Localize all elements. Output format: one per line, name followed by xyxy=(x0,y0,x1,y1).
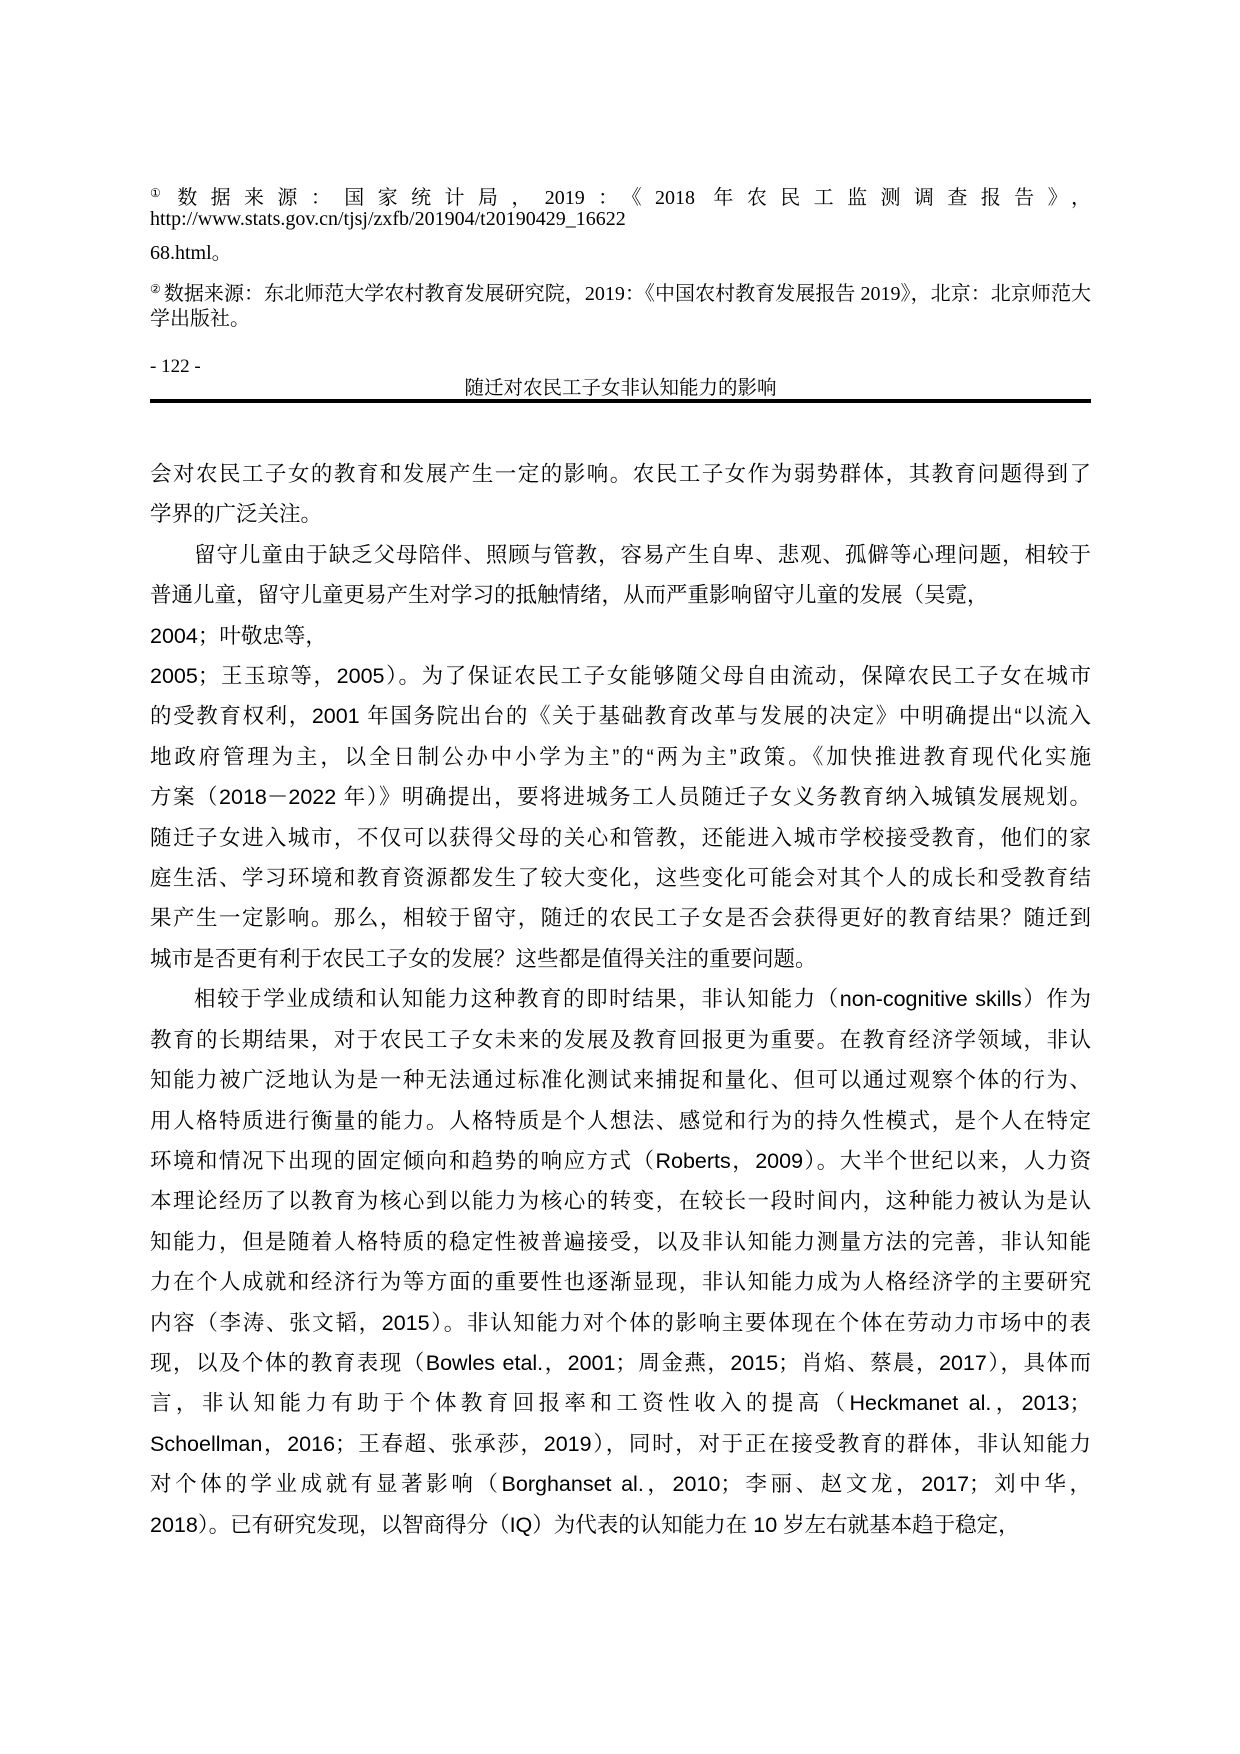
body-line: 2005；王玉琼等，2005）。为了保证农民工子女能够随父母自由流动，保障农民工… xyxy=(150,656,1091,696)
body-line: 知能力被广泛地认为是一种无法通过标准化测试来捕捉和量化、但可以通过观察个体的行为… xyxy=(150,1060,1091,1100)
footnote-1-marker: ① xyxy=(150,186,174,200)
footnote-2-text: 数据来源：东北师范大学农村教育发展研究院，2019：《中国农村教育发展报告 20… xyxy=(150,283,1091,330)
document-page: ①数据来源：国家统计局，2019：《2018 年农民工监测调查报告》， http… xyxy=(0,0,1240,1754)
body-line: 随迁子女进入城市，不仅可以获得父母的关心和管教，还能进入城市学校接受教育，他们的… xyxy=(150,818,1091,858)
body-text: 会对农民工子女的教育和发展产生一定的影响。农民工子女作为弱势群体，其教育问题得到… xyxy=(150,454,1091,1545)
footnote-1-source-text: 数据来源：国家统计局，2019：《2018 年农民工监测调查报告》， xyxy=(177,187,1091,209)
footnote-1-url: http://www.stats.gov.cn/tjsj/zxfb/201904… xyxy=(150,207,1091,232)
footnote-2: ②数据来源：东北师范大学农村教育发展研究院，2019：《中国农村教育发展报告 2… xyxy=(150,277,1091,332)
body-line: 2018）。已有研究发现，以智商得分（IQ）为代表的认知能力在 10 岁左右就基… xyxy=(150,1505,1091,1545)
body-line: 相较于学业成绩和认知能力这种教育的即时结果，非认知能力（non-cognitiv… xyxy=(150,979,1091,1019)
body-line: 庭生活、学习环境和教育资源都发生了较大变化，这些变化可能会对其个人的成长和受教育… xyxy=(150,858,1091,898)
body-line: 教育的长期结果，对于农民工子女未来的发展及教育回报更为重要。在教育经济学领域，非… xyxy=(150,1020,1091,1060)
body-line: 环境和情况下出现的固定倾向和趋势的响应方式（Roberts，2009）。大半个世… xyxy=(150,1141,1091,1181)
body-line: 会对农民工子女的教育和发展产生一定的影响。农民工子女作为弱势群体，其教育问题得到… xyxy=(150,454,1091,494)
body-line: 对个体的学业成就有显著影响（Borghanset al.，2010；李丽、赵文龙… xyxy=(150,1464,1091,1504)
footnote-1-url-tail: 68.html。 xyxy=(150,241,1091,266)
body-line: 知能力，但是随着人格特质的稳定性被普遍接受，以及非认知能力测量方法的完善，非认知… xyxy=(150,1222,1091,1262)
body-line: 学界的广泛关注。 xyxy=(150,494,1091,534)
body-line: 用人格特质进行衡量的能力。人格特质是个人想法、感觉和行为的持久性模式，是个人在特… xyxy=(150,1101,1091,1141)
body-line: 方案（2018－2022 年）》明确提出，要将进城务工人员随迁子女义务教育纳入城… xyxy=(150,777,1091,817)
body-line: Schoellman，2016；王春超、张承莎，2019），同时，对于正在接受教… xyxy=(150,1424,1091,1464)
body-line: 本理论经历了以教育为核心到以能力为核心的转变，在较长一段时间内，这种能力被认为是… xyxy=(150,1181,1091,1221)
body-line: 力在个人成就和经济行为等方面的重要性也逐渐显现，非认知能力成为人格经济学的主要研… xyxy=(150,1262,1091,1302)
body-line: 言，非认知能力有助于个体教育回报率和工资性收入的提高（Heckmanet al.… xyxy=(150,1383,1091,1423)
running-title: 随迁对农民工子女非认知能力的影响 xyxy=(150,379,1091,399)
body-line: 果产生一定影响。那么，相较于留守，随迁的农民工子女是否会获得更好的教育结果？随迁… xyxy=(150,898,1091,938)
body-line: 城市是否更有利于农民工子女的发展？这些都是值得关注的重要问题。 xyxy=(150,939,1091,979)
body-line: 普通儿童，留守儿童更易产生对学习的抵触情绪，从而严重影响留守儿童的发展（吴霓， xyxy=(150,575,1091,615)
body-line: 地政府管理为主，以全日制公办中小学为主”的“两为主”政策。《加快推进教育现代化实… xyxy=(150,737,1091,777)
header-rule xyxy=(150,399,1091,403)
body-line: 现，以及个体的教育表现（Bowles etal.，2001；周金燕，2015；肖… xyxy=(150,1343,1091,1383)
footnote-2-marker: ② xyxy=(150,282,161,296)
body-line: 的受教育权利，2001 年国务院出台的《关于基础教育改革与发展的决定》中明确提出… xyxy=(150,696,1091,736)
body-line: 留守儿童由于缺乏父母陪伴、照顾与管教，容易产生自卑、悲观、孤僻等心理问题，相较于 xyxy=(150,535,1091,575)
body-line: 2004；叶敬忠等， xyxy=(150,616,1091,656)
body-line: 内容（李涛、张文韬，2015）。非认知能力对个体的影响主要体现在个体在劳动力市场… xyxy=(150,1303,1091,1343)
page-number: - 122 - xyxy=(150,357,201,376)
